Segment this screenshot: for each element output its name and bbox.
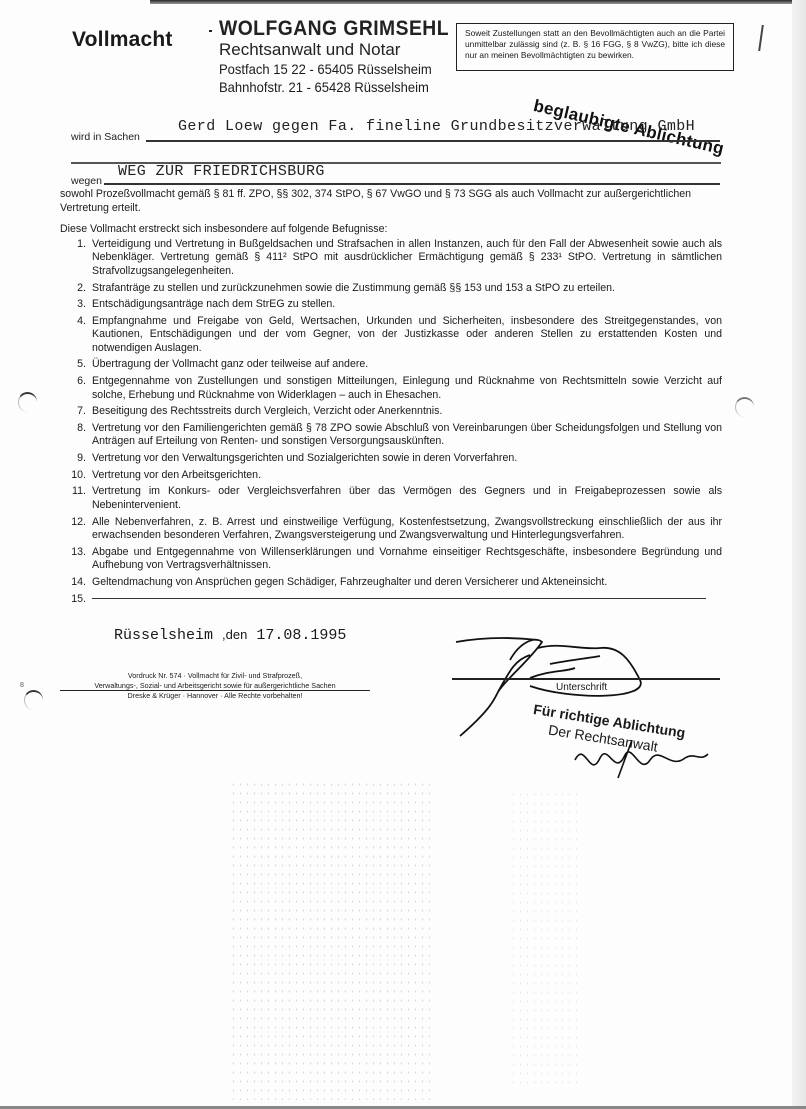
law-firm-stamp: WOLFGANG GRIMSEHL Rechtsanwalt und Notar… (219, 18, 469, 94)
list-item: 5.Übertragung der Vollmacht ganz oder te… (60, 358, 722, 371)
punch-hole (24, 690, 43, 710)
den-label: ,den (222, 627, 247, 642)
list-item: 11.Vertretung im Konkurs- oder Vergleich… (60, 485, 722, 512)
case-underline (146, 140, 720, 142)
form-imprint: Vordruck Nr. 574 · Vollmacht für Zivil- … (60, 671, 370, 701)
punch-hole (735, 397, 754, 417)
powers-heading: Diese Vollmacht erstreckt sich insbesond… (60, 222, 387, 236)
blank-line (92, 598, 706, 599)
subject-label: wegen (71, 175, 102, 187)
place-date-line: Rüsselsheim ,den 17.08.1995 (114, 627, 346, 644)
subject-underline (104, 183, 720, 185)
list-item: 1.Verteidigung und Vertretung in Bußgeld… (60, 238, 722, 278)
powers-list: 1.Verteidigung und Vertretung in Bußgeld… (60, 238, 722, 609)
authority-intro: sowohl Prozeßvollmacht gemäß § 81 ff. ZP… (60, 187, 722, 215)
list-item: 12.Alle Nebenverfahren, z. B. Arrest und… (60, 516, 722, 543)
scan-noise (510, 790, 580, 1090)
list-item: 13.Abgabe und Entgegennahme von Willense… (60, 546, 722, 573)
list-item: 2.Strafanträge zu stellen und zurückzune… (60, 282, 722, 295)
signature-label: Unterschrift (556, 682, 607, 693)
date-field: 17.08.1995 (256, 627, 346, 644)
list-item: 6.Entgegennahme von Zustellungen und son… (60, 375, 722, 402)
list-item: 8.Vertretung vor den Familiengerichten g… (60, 422, 722, 449)
list-item-blank: 15. (60, 593, 722, 606)
list-item: 14.Geltendmachung von Ansprüchen gegen S… (60, 576, 722, 589)
scan-edge-right (792, 0, 806, 1109)
case-field: Gerd Loew gegen Fa. fineline Grundbesitz… (178, 118, 695, 135)
scan-edge-top (150, 0, 806, 4)
list-item: 7.Beseitigung des Rechtsstreits durch Ve… (60, 405, 722, 418)
firm-postfach: Postfach 15 22 - 65405 Rüsselsheim (219, 62, 451, 76)
document-title: Vollmacht (72, 28, 173, 52)
list-item: 9.Vertretung vor den Verwaltungsgerichte… (60, 452, 722, 465)
firm-name: WOLFGANG GRIMSEHL (219, 18, 449, 39)
margin-mark (758, 25, 764, 51)
list-item: 10.Vertretung vor den Arbeitsgerichten. (60, 469, 722, 482)
margin-number: 8 (20, 682, 24, 689)
list-item: 3.Entschädigungsanträge nach dem StrEG z… (60, 298, 722, 311)
subject-field: WEG ZUR FRIEDRICHSBURG (118, 163, 325, 180)
scanned-document-page: Vollmacht WOLFGANG GRIMSEHL Rechtsanwalt… (0, 0, 806, 1109)
case-label: wird in Sachen (71, 131, 140, 143)
signature-line (452, 678, 720, 680)
place-field: Rüsselsheim (114, 627, 213, 644)
delivery-notice-box: Soweit Zustellungen statt an den Bevollm… (456, 23, 734, 71)
firm-role: Rechtsanwalt und Notar (219, 41, 469, 58)
scan-noise (230, 780, 430, 1100)
list-item: 4.Empfangnahme und Freigabe von Geld, We… (60, 315, 722, 355)
stamp-signature-scribble (570, 740, 710, 780)
punch-hole (18, 392, 37, 412)
firm-street: Bahnhofstr. 21 - 65428 Rüsselsheim (219, 80, 451, 94)
